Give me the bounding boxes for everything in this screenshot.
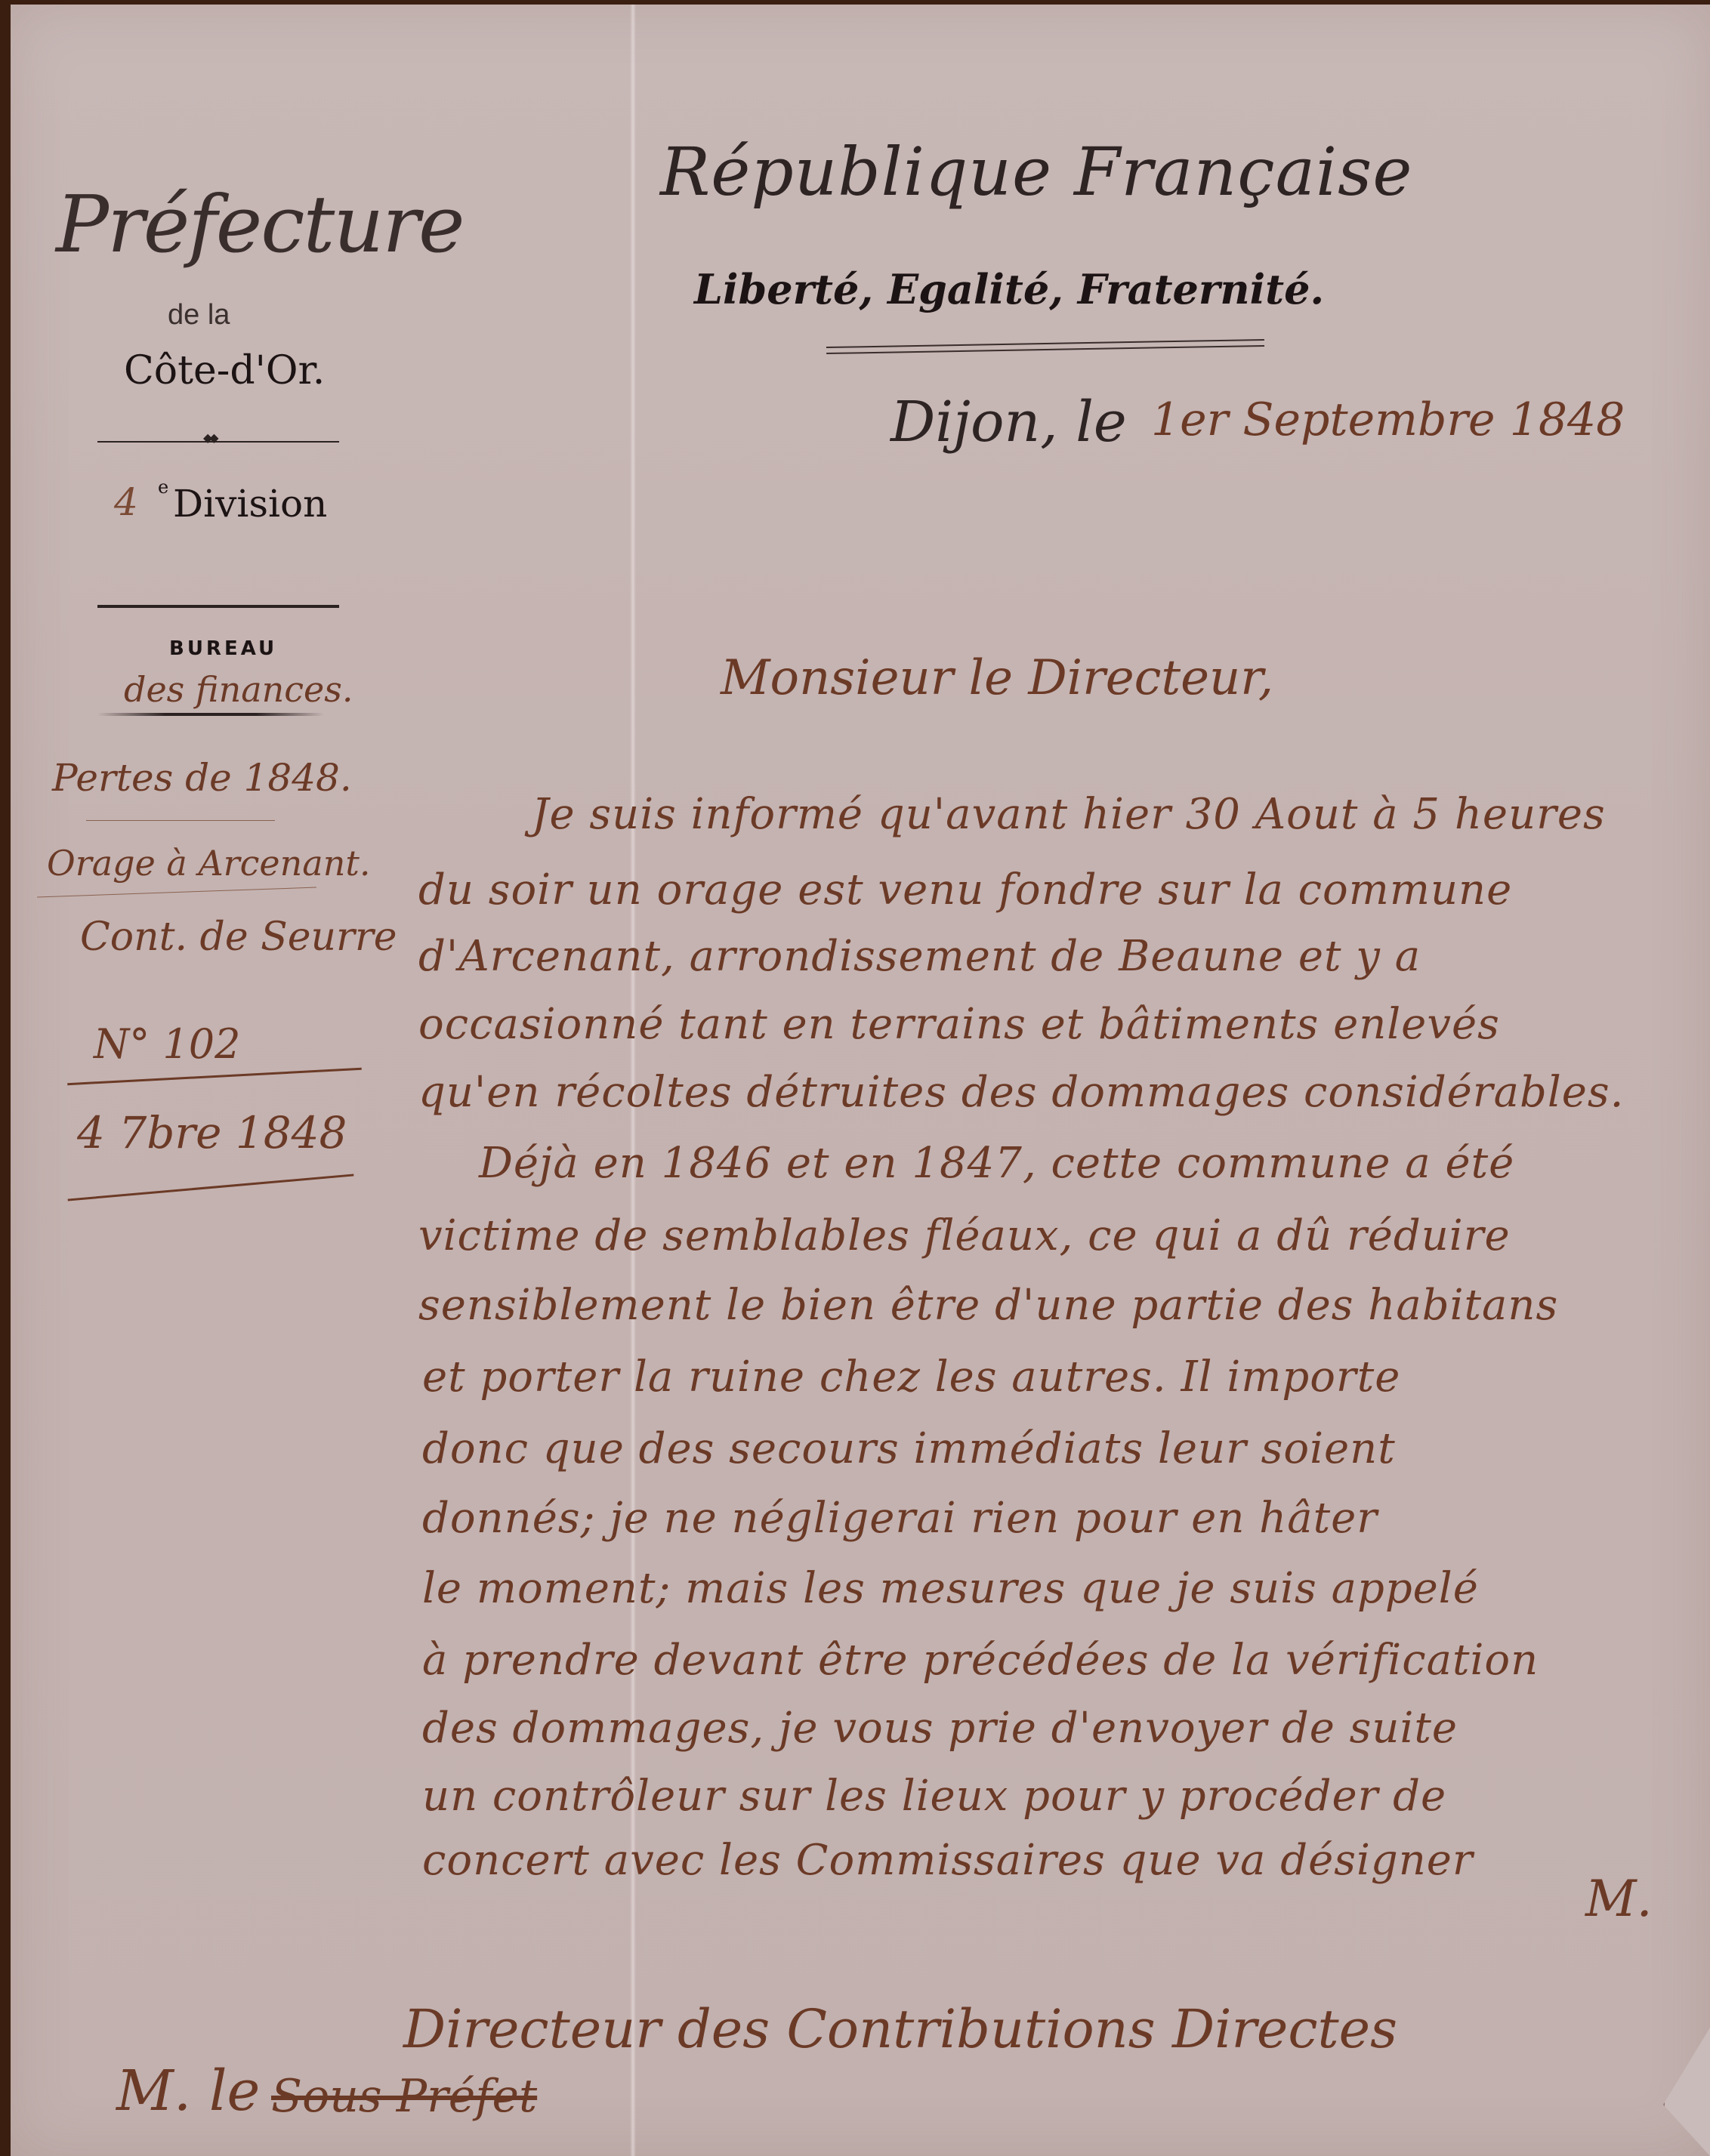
margin-date: 4 7bre 1848	[77, 1107, 347, 1158]
prefecture-heading: Préfecture	[56, 178, 464, 270]
margin-subject: Pertes de 1848.	[52, 756, 352, 800]
body-line: du soir un orage est venu fondre sur la …	[418, 865, 1512, 915]
address-prefix: M. le	[116, 2059, 260, 2124]
body-line: un contrôleur sur les lieux pour y procé…	[422, 1772, 1446, 1821]
margin-divider	[86, 820, 275, 821]
body-line: sensiblement le bien être d'une partie d…	[418, 1281, 1558, 1330]
body-line: occasionné tant en terrains et bâtiments…	[418, 1000, 1500, 1049]
margin-controller: Cont. de Seurre	[80, 915, 397, 960]
body-line: Déjà en 1846 et en 1847, cette commune a…	[479, 1139, 1514, 1188]
margin-number: N° 102	[94, 1020, 240, 1068]
department-name: Côte-d'Or.	[124, 348, 325, 393]
ornament-divider	[97, 441, 339, 443]
salutation: Monsieur le Directeur,	[721, 650, 1273, 706]
body-line: concert avec les Commissaires que va dés…	[422, 1836, 1474, 1885]
bureau-label: BUREAU	[169, 637, 277, 660]
body-line: victime de semblables fléaux, ce qui a d…	[418, 1211, 1511, 1260]
margin-divider	[68, 1174, 354, 1201]
division-label: Division	[173, 482, 327, 526]
body-line: à prendre devant être précédées de la vé…	[422, 1636, 1539, 1685]
double-rule	[826, 339, 1264, 354]
closing-initial: M.	[1585, 1870, 1653, 1928]
letter-page: Préfecture de la Côte-d'Or. 4 e Division…	[11, 5, 1710, 2156]
body-line: donc que des secours immédiats leur soie…	[422, 1424, 1396, 1473]
swash-divider	[97, 713, 324, 716]
bureau-name: des finances.	[124, 669, 353, 710]
body-line: qu'en récoltes détruites des dommages co…	[418, 1068, 1624, 1117]
address-crossed-out: Sous Préfet	[271, 2070, 537, 2123]
division-suffix: e	[158, 477, 168, 498]
folded-corner	[1663, 2028, 1710, 2156]
motto: Liberté, Egalité, Fraternité.	[694, 265, 1324, 313]
divider-rule	[97, 605, 339, 608]
body-line: et porter la ruine chez les autres. Il i…	[422, 1353, 1400, 1402]
body-line: d'Arcenant, arrondissement de Beaune et …	[418, 932, 1421, 981]
margin-divider	[37, 887, 316, 898]
margin-event: Orage à Arcenant.	[47, 843, 370, 884]
dateline-date: 1er Septembre 1848	[1151, 393, 1625, 446]
body-line: donnés; je ne négligerai rien pour en hâ…	[422, 1494, 1378, 1543]
division-number: 4	[114, 480, 138, 524]
body-line: le moment; mais les mesures que je suis …	[422, 1564, 1479, 1613]
dateline-place: Dijon, le	[890, 390, 1127, 455]
prefecture-de-la: de la	[168, 299, 230, 332]
body-line: des dommages, je vous prie d'envoyer de …	[422, 1704, 1458, 1753]
republic-heading: République Française	[660, 133, 1412, 211]
address-recipient: Directeur des Contributions Directes	[403, 1998, 1397, 2060]
margin-divider	[67, 1068, 362, 1085]
body-line: Je suis informé qu'avant hier 30 Aout à …	[532, 790, 1606, 839]
